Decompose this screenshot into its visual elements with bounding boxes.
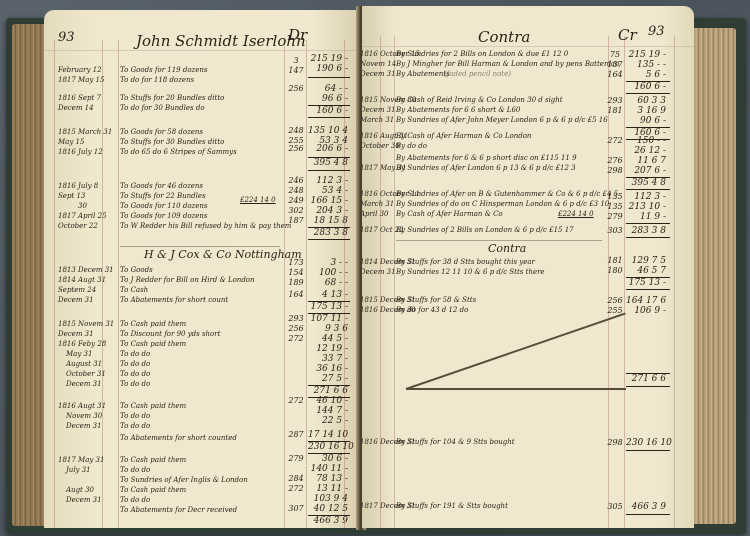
entry-text: To Abatements for short counted bbox=[120, 434, 237, 442]
entry-date: 1817 May 31 bbox=[58, 456, 104, 464]
entry-folio: 154 bbox=[286, 268, 306, 277]
entry-text: By Abatements for 6 & 6 p short disc on … bbox=[396, 154, 577, 162]
entry-folio: 302 bbox=[286, 206, 306, 215]
entry-text: By Stuffs for 58 & Stts bbox=[396, 296, 476, 304]
entry-amount: 107 11 - bbox=[308, 314, 348, 324]
entry-folio: 279 bbox=[286, 454, 306, 463]
entry-text: To Cash bbox=[120, 286, 148, 294]
debit-label: Dr bbox=[288, 26, 307, 44]
left-ledger-page: 93 John Schmidt Iserlohn Dr February 12 … bbox=[44, 10, 360, 528]
entry-text: To do for 118 dozens bbox=[120, 76, 194, 84]
entry-folio: 187 bbox=[286, 216, 306, 225]
entry-date: Decem 31 bbox=[362, 70, 396, 78]
entry-folio: 248 bbox=[286, 186, 306, 195]
entry-folio: 147 bbox=[286, 66, 306, 75]
entry-folio: 135 bbox=[606, 202, 624, 211]
entry-note: (faded pencil note) bbox=[444, 70, 511, 78]
section-total: 283 3 8 bbox=[308, 228, 348, 238]
entry-date: 30 bbox=[78, 202, 87, 210]
entry-text: To do do bbox=[120, 360, 150, 368]
entry-folio: 189 bbox=[286, 278, 306, 287]
section-total: 466 3 9 bbox=[308, 516, 348, 526]
entry-date: July 31 bbox=[66, 466, 91, 474]
entry-amount: 5 6 - bbox=[626, 70, 666, 80]
entry-folio: 305 bbox=[606, 502, 624, 511]
section-total: 160 6 - bbox=[626, 82, 666, 92]
page-number: 93 bbox=[58, 30, 75, 45]
entry-text: To Goods for 46 dozens bbox=[120, 182, 203, 190]
entry-date: 1815 Novem 31 bbox=[58, 320, 114, 328]
entry-text: To Stuffs for 22 Bundles bbox=[120, 192, 206, 200]
entry-amount: 103 9 4 bbox=[308, 494, 348, 504]
entry-text: To Cash paid them bbox=[120, 340, 186, 348]
entry-date: 1816 Feby 28 bbox=[58, 340, 106, 348]
entry-date: August 31 bbox=[66, 360, 102, 368]
entry-text: To do do bbox=[120, 496, 150, 504]
entry-amount: 207 6 - bbox=[626, 166, 666, 176]
entry-note: £224 14 0 bbox=[558, 210, 594, 218]
entry-folio: 75 bbox=[606, 50, 624, 59]
entry-amount: 17 14 10 bbox=[308, 430, 348, 440]
entry-folio: 293 bbox=[606, 96, 624, 105]
section-total: 175 13 - bbox=[308, 302, 348, 312]
entry-amount: 78 13 - bbox=[308, 474, 348, 484]
entry-text: To Cash paid them bbox=[120, 486, 186, 494]
page-number: 93 bbox=[648, 24, 665, 39]
section-total: 395 4 8 bbox=[626, 178, 666, 188]
entry-amount: 26 12 - bbox=[626, 146, 666, 156]
account-subheading: H & J Cox & Co Nottingham bbox=[144, 248, 302, 261]
entry-folio: 246 bbox=[286, 176, 306, 185]
entry-date: 1814 Augt 31 bbox=[58, 276, 106, 284]
entry-date: 1813 Decem 31 bbox=[58, 266, 114, 274]
entry-folio: 256 bbox=[606, 296, 624, 305]
entry-amount: 22 5 - bbox=[308, 416, 348, 426]
entry-text: By Cash of Afer Harman & Co bbox=[396, 210, 503, 218]
entry-amount: 96 6 - bbox=[308, 94, 348, 104]
entry-folio: 181 bbox=[606, 106, 624, 115]
entry-folio: 293 bbox=[286, 314, 306, 323]
entry-amount: 60 3 3 bbox=[626, 96, 666, 106]
entry-amount: 164 17 6 bbox=[626, 296, 666, 306]
entry-text: By Sundries of 2 Bills on London & 6 p d… bbox=[396, 226, 574, 234]
entry-amount: 100 - - bbox=[308, 268, 348, 278]
entry-folio: 279 bbox=[606, 212, 624, 221]
contra-header: Contra bbox=[478, 28, 530, 46]
entry-date: 1817 May 15 bbox=[58, 76, 104, 84]
entry-date: 1816 July 12 bbox=[58, 148, 103, 156]
entry-text: To do do bbox=[120, 350, 150, 358]
entry-amount: 53 4 - bbox=[308, 186, 348, 196]
right-page-edges bbox=[690, 28, 736, 524]
entry-amount: 213 10 - bbox=[626, 202, 666, 212]
entry-amount: 64 - - bbox=[308, 84, 348, 94]
entry-text: To do do bbox=[120, 412, 150, 420]
entry-date: Decem 31 bbox=[362, 268, 396, 276]
entry-folio: 272 bbox=[606, 136, 624, 145]
entry-folio: 181 bbox=[606, 256, 624, 265]
entry-text: By Abatements for 6 6 short & L60 bbox=[396, 106, 520, 114]
entry-amount: 3 16 9 bbox=[626, 106, 666, 116]
entry-text: To Stuffs for 30 Bundles ditto bbox=[120, 138, 224, 146]
entry-text: To do do bbox=[120, 466, 150, 474]
entry-date: 1816 July 8 bbox=[58, 182, 98, 190]
entry-folio: 256 bbox=[286, 144, 306, 153]
entry-folio: 272 bbox=[286, 396, 306, 405]
entry-amount: 68 - - bbox=[308, 278, 348, 288]
entry-date: 1816 Sept 7 bbox=[58, 94, 101, 102]
section-total: 230 16 10 bbox=[308, 442, 348, 452]
entry-text: To Discount for 90 yds short bbox=[120, 330, 220, 338]
entry-amount: 9 3 6 bbox=[308, 324, 348, 334]
entry-amount: 46 10 - bbox=[308, 396, 348, 406]
credit-label: Cr bbox=[618, 26, 637, 44]
entry-text: To W Redder his Bill refused by him & pa… bbox=[120, 222, 291, 230]
entry-amount: 44 5 - bbox=[308, 334, 348, 344]
entry-amount: 206 6 - bbox=[308, 144, 348, 154]
entry-folio: 157 bbox=[606, 60, 624, 69]
entry-text: To do 65 do 6 Stripes of Sammys bbox=[120, 148, 237, 156]
entry-date: February 12 bbox=[58, 66, 102, 74]
entry-amount: 204 3 - bbox=[308, 206, 348, 216]
entry-amount: 144 7 - bbox=[308, 406, 348, 416]
entry-folio: 272 bbox=[286, 484, 306, 493]
entry-amount: 166 15 - bbox=[308, 196, 348, 206]
entry-folio: 164 bbox=[286, 290, 306, 299]
entry-amount: 135 - - bbox=[626, 60, 666, 70]
entry-folio: 303 bbox=[606, 226, 624, 235]
entry-note: £224 14 0 bbox=[240, 196, 276, 204]
entry-text: To Abatements for short count bbox=[120, 296, 228, 304]
entry-date: Septem 24 bbox=[58, 286, 96, 294]
entry-amount: 13 11 - bbox=[308, 484, 348, 494]
entry-text: By Sundries of Afer on B & Gutenhammer &… bbox=[396, 190, 618, 198]
entry-folio: 298 bbox=[606, 438, 624, 447]
entry-date: Decem 31 bbox=[66, 496, 102, 504]
entry-text: To do do bbox=[120, 370, 150, 378]
entry-text: By Sundries for 2 Bills on London & due … bbox=[396, 50, 568, 58]
entry-text: By Stuffs for 38 d Stts bought this year bbox=[396, 258, 535, 266]
entry-folio: 180 bbox=[606, 266, 624, 275]
entry-text: By Abatements bbox=[396, 70, 450, 78]
entry-amount: 3 - - bbox=[308, 258, 348, 268]
entry-folio: 256 bbox=[286, 84, 306, 93]
entry-date: Novem 30 bbox=[66, 412, 102, 420]
balance-flourish-line bbox=[406, 313, 626, 390]
entry-text: To Goods bbox=[120, 266, 153, 274]
entry-folio: 298 bbox=[606, 166, 624, 175]
entry-amount: 129 7 5 bbox=[626, 256, 666, 266]
entry-text: By Sundries of do on C Hinsperman London… bbox=[396, 200, 609, 208]
account-header: John Schmidt Iserlohn bbox=[136, 32, 306, 50]
section-total: 160 6 - bbox=[308, 106, 348, 116]
entry-date: 1815 March 31 bbox=[58, 128, 112, 136]
entry-date: 1817 April 25 bbox=[58, 212, 107, 220]
entry-date: October 22 bbox=[58, 222, 98, 230]
entry-amount: 150 - - bbox=[626, 136, 666, 146]
entry-amount: 230 16 10 bbox=[626, 438, 666, 448]
entry-text: To do do bbox=[120, 380, 150, 388]
entry-text: To do do bbox=[120, 422, 150, 430]
entry-text: To Goods for 110 dozens bbox=[120, 202, 207, 210]
entry-folio: 272 bbox=[286, 334, 306, 343]
entry-amount: 190 6 - bbox=[308, 64, 348, 74]
entry-date: Decem 31 bbox=[58, 330, 94, 338]
entry-amount: 40 12 5 bbox=[308, 504, 348, 514]
entry-text: To do for 30 Bundles do bbox=[120, 104, 205, 112]
entry-text: By J Mingher for Bill Harman & London an… bbox=[396, 60, 619, 68]
entry-text: To Cash paid them bbox=[120, 402, 186, 410]
entry-folio: 249 bbox=[286, 196, 306, 205]
entry-amount: 215 19 - bbox=[308, 54, 348, 64]
entry-folio: 248 bbox=[286, 126, 306, 135]
entry-text: By Sundries of Afer John Meyer London 6 … bbox=[396, 116, 608, 124]
entry-text: To Stuffs for 20 Bundles ditto bbox=[120, 94, 224, 102]
entry-amount: 30 6 - bbox=[308, 454, 348, 464]
entry-text: To Cash paid them bbox=[120, 456, 186, 464]
entry-date: May 31 bbox=[66, 350, 92, 358]
entry-amount: 11 9 - bbox=[626, 212, 666, 222]
entry-folio: 287 bbox=[286, 430, 306, 439]
entry-date: April 30 bbox=[362, 210, 389, 218]
entry-text: By Stuffs for 104 & 9 Stts bought bbox=[396, 438, 515, 446]
entry-amount: 466 3 9 bbox=[626, 502, 666, 512]
entry-date: March 31 bbox=[362, 116, 394, 124]
entry-date: Decem 31 bbox=[362, 106, 396, 114]
entry-amount: 27 5 - bbox=[308, 374, 348, 384]
entry-text: By do for 43 d 12 do bbox=[396, 306, 468, 314]
entry-date: Novem 14 bbox=[362, 60, 396, 68]
entry-amount: 12 19 - bbox=[308, 344, 348, 354]
entry-folio: 256 bbox=[286, 324, 306, 333]
left-page-edges bbox=[12, 24, 48, 526]
entry-folio: 307 bbox=[286, 504, 306, 513]
entry-date: Decem 31 bbox=[66, 380, 102, 388]
entry-text: By Cash of Reid Irving & Co London 30 d … bbox=[396, 96, 563, 104]
entry-date: October 31 bbox=[66, 370, 106, 378]
entry-date: May 15 bbox=[58, 138, 84, 146]
entry-text: By Sundries 12 11 10 & 6 p d/c Stts ther… bbox=[396, 268, 545, 276]
entry-amount: 112 3 - bbox=[626, 192, 666, 202]
entry-text: To Goods for 58 dozens bbox=[120, 128, 203, 136]
entry-amount: 18 15 8 bbox=[308, 216, 348, 226]
entry-date: Decem 31 bbox=[66, 422, 102, 430]
contra-subheading: Contra bbox=[488, 242, 526, 255]
entry-folio: 3 bbox=[286, 56, 306, 65]
entry-text: To Cash paid them bbox=[120, 320, 186, 328]
entry-date: March 31 bbox=[362, 200, 394, 208]
entry-folio: 164 bbox=[606, 70, 624, 79]
entry-text: To Goods for 109 dozens bbox=[120, 212, 207, 220]
entry-text: To Goods for 119 dozens bbox=[120, 66, 207, 74]
entry-amount: 33 7 - bbox=[308, 354, 348, 364]
entry-amount: 112 3 - bbox=[308, 176, 348, 186]
entry-text: By Stuffs for 191 & Stts bought bbox=[396, 502, 508, 510]
entry-amount: 90 6 - bbox=[626, 116, 666, 126]
entry-amount: 11 6 7 bbox=[626, 156, 666, 166]
entry-text: By do do bbox=[396, 142, 427, 150]
entry-text: By Cash of Afer Harman & Co London bbox=[396, 132, 531, 140]
right-ledger-page: Contra Cr 93 1816 October 15 By Sundries… bbox=[362, 6, 694, 528]
entry-amount: 36 16 - bbox=[308, 364, 348, 374]
section-total: 271 6 6 bbox=[626, 374, 666, 384]
entry-amount: 215 19 - bbox=[626, 50, 666, 60]
entry-date: Augt 30 bbox=[66, 486, 94, 494]
entry-date: Decem 14 bbox=[58, 104, 94, 112]
entry-date: Decem 31 bbox=[58, 296, 94, 304]
entry-amount: 135 10 4 bbox=[308, 126, 348, 136]
section-total: 395 4 8 bbox=[308, 158, 348, 168]
entry-amount: 106 9 - bbox=[626, 306, 666, 316]
entry-amount: 140 11 - bbox=[308, 464, 348, 474]
entry-amount: 46 5 7 bbox=[626, 266, 666, 276]
entry-text: To Sundries of Afer Inglis & London bbox=[120, 476, 248, 484]
entry-text: To J Redder for Bill on Hird & London bbox=[120, 276, 255, 284]
entry-folio: 284 bbox=[286, 474, 306, 483]
entry-date: October 30 bbox=[362, 142, 400, 150]
entry-folio: 173 bbox=[286, 258, 306, 267]
entry-text: By Sundries of Afer London 6 p 13 & 6 p … bbox=[396, 164, 576, 172]
entry-text: To Abatements for Decr received bbox=[120, 506, 237, 514]
entry-date: Sept 13 bbox=[58, 192, 85, 200]
entry-date: 1816 Augt 31 bbox=[58, 402, 106, 410]
section-total: 271 6 6 bbox=[308, 386, 348, 396]
section-total: 175 13 - bbox=[626, 278, 666, 288]
entry-amount: 283 3 8 bbox=[626, 226, 666, 236]
entry-amount: 4 13 - bbox=[308, 290, 348, 300]
entry-folio: 276 bbox=[606, 156, 624, 165]
